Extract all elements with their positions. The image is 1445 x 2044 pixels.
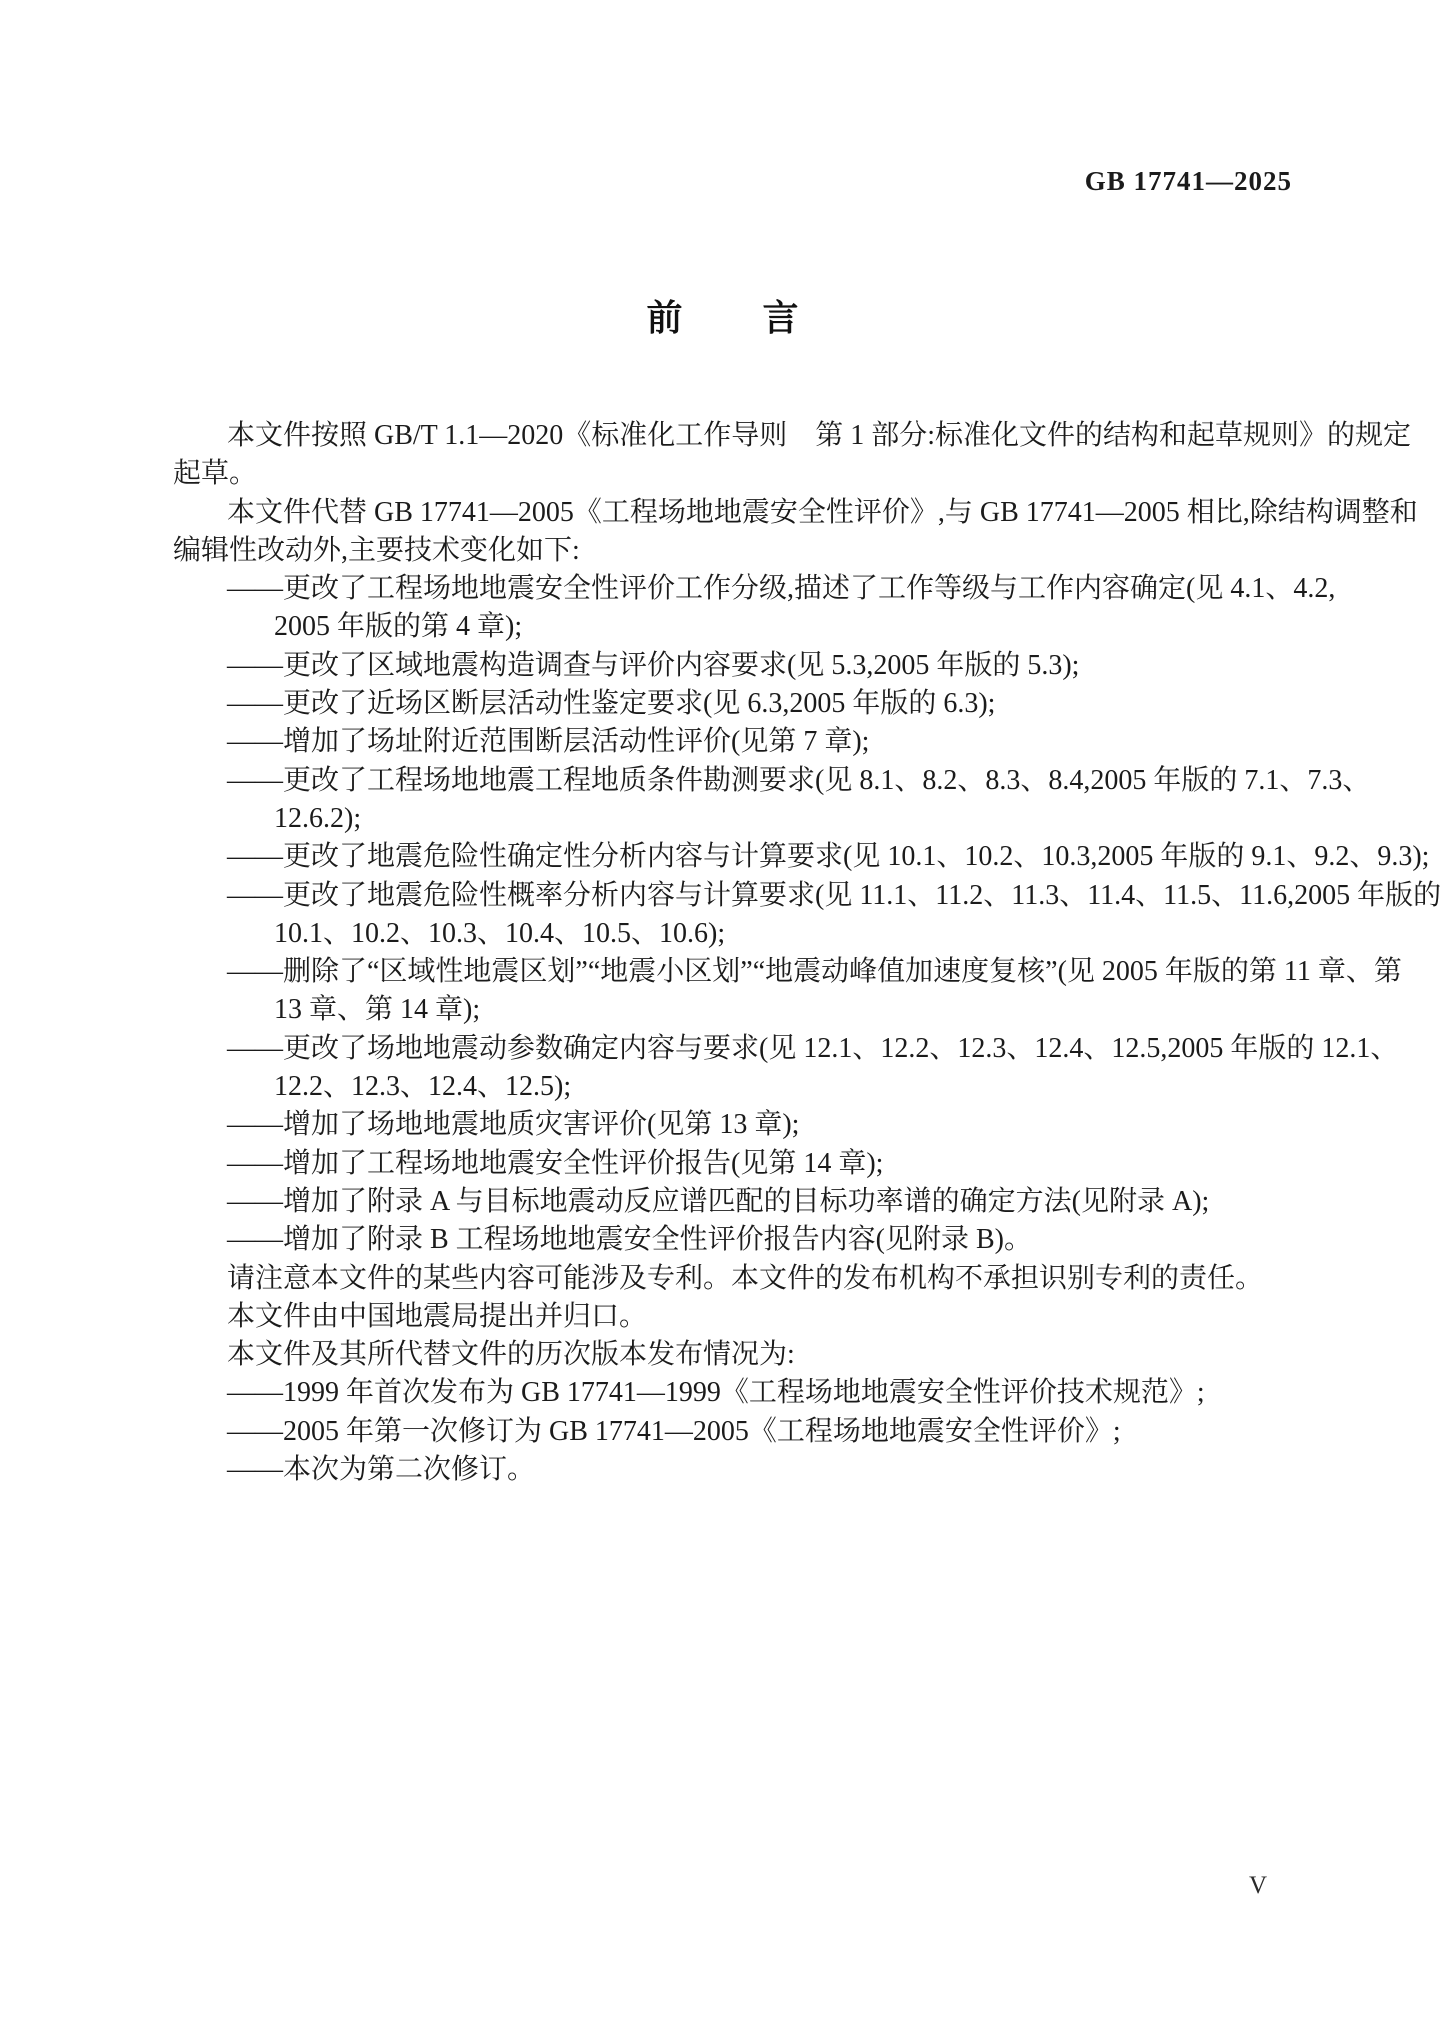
text-line-16: 13 章、第 14 章);: [173, 991, 1323, 1029]
text-line-3: 本文件代替 GB 17741—2005《工程场地地震安全性评价》,与 GB 17…: [173, 494, 1323, 532]
text-line-14: 10.1、10.2、10.3、10.4、10.5、10.6);: [173, 915, 1323, 953]
text-line-17: ——更改了场地地震动参数确定内容与要求(见 12.1、12.2、12.3、12.…: [173, 1030, 1323, 1068]
text-line-1: 本文件按照 GB/T 1.1—2020《标准化工作导则 第 1 部分:标准化文件…: [173, 417, 1323, 455]
text-line-12: ——更改了地震危险性确定性分析内容与计算要求(见 10.1、10.2、10.3,…: [173, 838, 1323, 876]
text-line-8: ——更改了近场区断层活动性鉴定要求(见 6.3,2005 年版的 6.3);: [173, 685, 1323, 723]
text-line-25: 本文件及其所代替文件的历次版本发布情况为:: [173, 1336, 1323, 1374]
text-line-21: ——增加了附录 A 与目标地震动反应谱匹配的目标功率谱的确定方法(见附录 A);: [173, 1183, 1323, 1221]
page-title-char-left: 前: [646, 297, 682, 338]
standard-number: GB 17741—2025: [0, 166, 1292, 197]
text-line-28: ——本次为第二次修订。: [173, 1451, 1323, 1489]
text-line-7: ——更改了区域地震构造调查与评价内容要求(见 5.3,2005 年版的 5.3)…: [173, 647, 1323, 685]
text-line-22: ——增加了附录 B 工程场地地震安全性评价报告内容(见附录 B)。: [173, 1221, 1323, 1259]
page-number: V: [1228, 1872, 1288, 1900]
text-line-9: ——增加了场址附近范围断层活动性评价(见第 7 章);: [173, 723, 1323, 761]
text-line-6: 2005 年版的第 4 章);: [173, 608, 1323, 646]
page-title: 前言: [0, 290, 1445, 341]
text-line-4: 编辑性改动外,主要技术变化如下:: [173, 532, 1323, 570]
text-line-19: ——增加了场地地震地质灾害评价(见第 13 章);: [173, 1106, 1323, 1144]
text-line-5: ——更改了工程场地地震安全性评价工作分级,描述了工作等级与工作内容确定(见 4.…: [173, 570, 1323, 608]
text-line-18: 12.2、12.3、12.4、12.5);: [173, 1068, 1323, 1106]
page-title-char-right: 言: [763, 297, 799, 338]
text-line-15: ——删除了“区域性地震区划”“地震小区划”“地震动峰值加速度复核”(见 2005…: [173, 953, 1323, 991]
text-line-13: ——更改了地震危险性概率分析内容与计算要求(见 11.1、11.2、11.3、1…: [173, 877, 1323, 915]
text-line-23: 请注意本文件的某些内容可能涉及专利。本文件的发布机构不承担识别专利的责任。: [173, 1260, 1323, 1298]
text-line-2: 起草。: [173, 455, 1323, 493]
text-line-20: ——增加了工程场地地震安全性评价报告(见第 14 章);: [173, 1145, 1323, 1183]
text-line-26: ——1999 年首次发布为 GB 17741—1999《工程场地地震安全性评价技…: [173, 1374, 1323, 1412]
foreword-body: 本文件按照 GB/T 1.1—2020《标准化工作导则 第 1 部分:标准化文件…: [173, 417, 1323, 1489]
text-line-10: ——更改了工程场地地震工程地质条件勘测要求(见 8.1、8.2、8.3、8.4,…: [173, 762, 1323, 800]
text-line-11: 12.6.2);: [173, 800, 1323, 838]
text-line-27: ——2005 年第一次修订为 GB 17741—2005《工程场地地震安全性评价…: [173, 1413, 1323, 1451]
text-line-24: 本文件由中国地震局提出并归口。: [173, 1298, 1323, 1336]
